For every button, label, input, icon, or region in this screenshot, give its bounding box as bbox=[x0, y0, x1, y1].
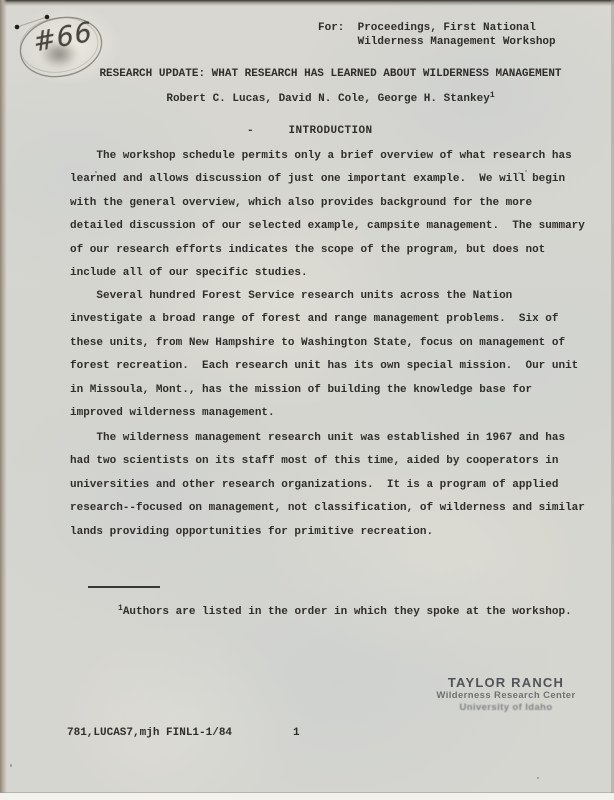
scan-speck bbox=[95, 171, 97, 173]
document-id: 781,LUCAS7,mjh FINL1-1/84 bbox=[67, 726, 232, 740]
scan-speck bbox=[518, 172, 520, 174]
stamp-line-2: Wilderness Research Center bbox=[380, 690, 614, 702]
proceedings-for-block: For: Proceedings, First National Wildern… bbox=[318, 21, 556, 49]
footnote-divider bbox=[88, 586, 160, 588]
author-names: Robert C. Lucas, David N. Cole, George H… bbox=[166, 93, 489, 105]
scan-edge-bottom bbox=[0, 793, 614, 800]
stamp-line-1: TAYLOR RANCH bbox=[380, 676, 614, 689]
ownership-stamp: TAYLOR RANCH Wilderness Research Center … bbox=[380, 676, 614, 713]
scanned-document-page: #66 For: Proceedings, First National Wil… bbox=[0, 0, 614, 800]
stray-dash-mark: - bbox=[247, 120, 254, 143]
paragraph-3: The wilderness management research unit … bbox=[70, 427, 585, 544]
stamp-line-3: University of Idaho bbox=[380, 702, 614, 713]
section-heading-text: INTRODUCTION bbox=[288, 125, 372, 137]
author-footnote-marker: 1 bbox=[490, 91, 495, 100]
section-heading-introduction: -INTRODUCTION bbox=[70, 120, 591, 143]
page-number: 1 bbox=[293, 726, 300, 740]
scan-speck bbox=[537, 777, 539, 779]
scan-edge-left bbox=[0, 0, 7, 800]
scan-speck bbox=[10, 764, 12, 767]
authors-line: Robert C. Lucas, David N. Cole, George H… bbox=[70, 89, 591, 106]
paragraph-1: The workshop schedule permits only a bri… bbox=[70, 145, 585, 285]
footnote: 1Authors are listed in the order in whic… bbox=[118, 602, 572, 619]
scan-speck bbox=[525, 170, 527, 172]
footnote-text: Authors are listed in the order in which… bbox=[123, 606, 572, 618]
document-title: RESEARCH UPDATE: WHAT RESEARCH HAS LEARN… bbox=[70, 67, 591, 81]
paragraph-2: Several hundred Forest Service research … bbox=[70, 285, 578, 425]
